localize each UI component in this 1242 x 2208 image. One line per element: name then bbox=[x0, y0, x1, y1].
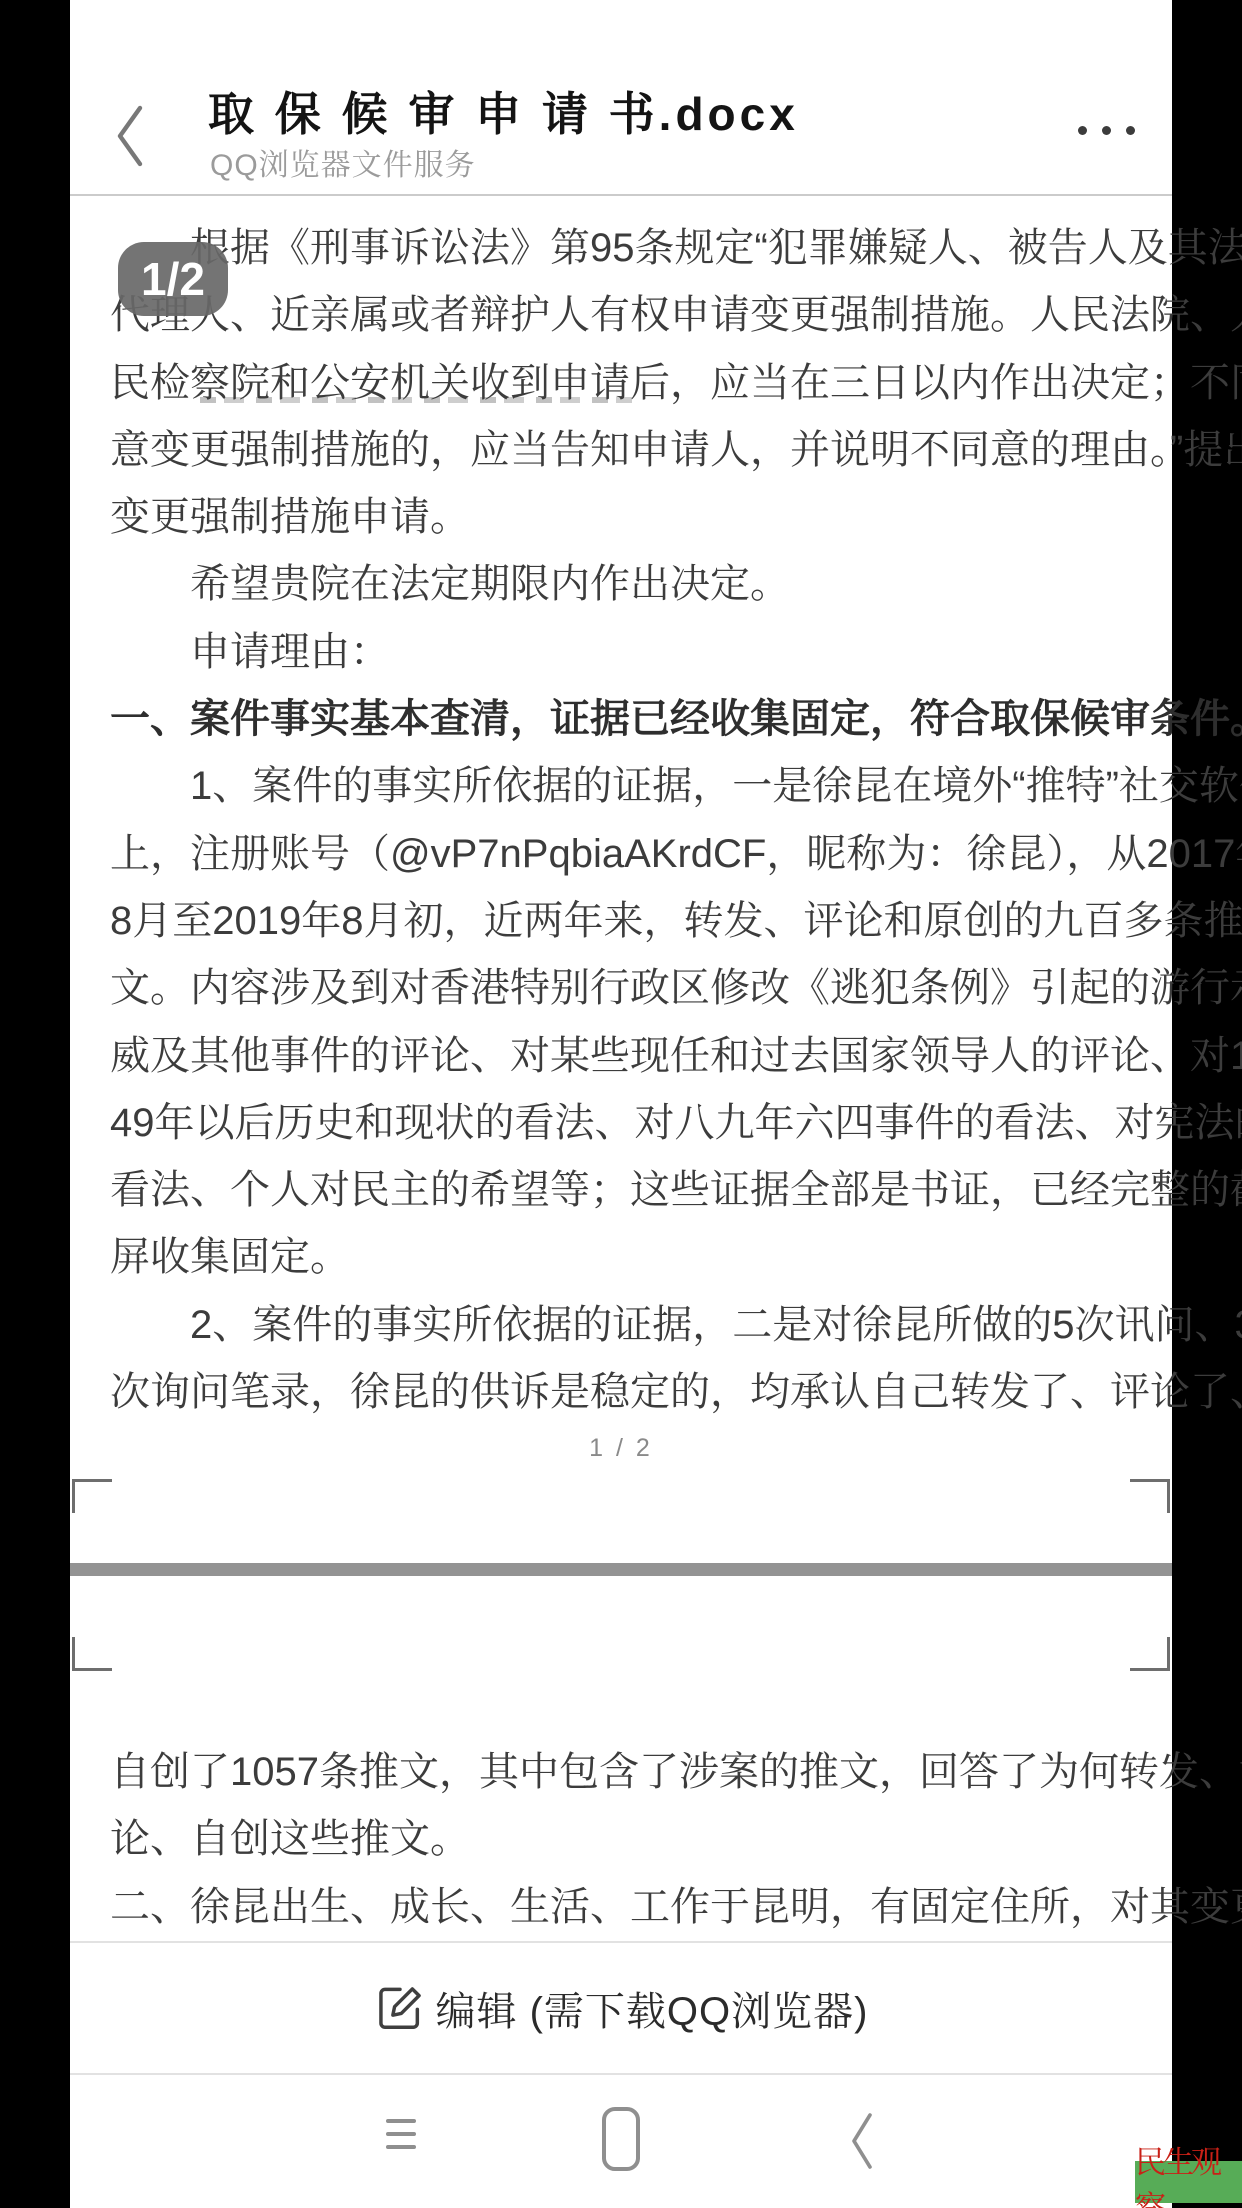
nav-home-button[interactable] bbox=[602, 2107, 640, 2171]
doc-line: 自创了1057条推文，其中包含了涉案的推文，回答了为何转发、评 bbox=[110, 1739, 1150, 1806]
doc-line: 民检察院和公安机关收到申请后，应当在三日以内作出决定；不同 bbox=[110, 350, 1150, 417]
doc-line: 屏收集固定。 bbox=[110, 1224, 1150, 1291]
recents-hamburger-icon bbox=[386, 2119, 416, 2123]
edit-pencil-square-icon bbox=[374, 1982, 426, 2034]
page2-top-left-corner-mark bbox=[72, 1637, 112, 1671]
document-page-1: 根据《刑事诉讼法》第95条规定“犯罪嫌疑人、被告人及其法定 代理人、近亲属或者辩… bbox=[110, 215, 1150, 1426]
android-nav-bar bbox=[70, 2077, 1172, 2208]
document-page-2: 自创了1057条推文，其中包含了涉案的推文，回答了为何转发、评 论、自创这些推文… bbox=[110, 1739, 1150, 1941]
doc-line: 根据《刑事诉讼法》第95条规定“犯罪嫌疑人、被告人及其法定 bbox=[110, 215, 1150, 282]
doc-line: 代理人、近亲属或者辩护人有权申请变更强制措施。人民法院、人 bbox=[110, 282, 1150, 349]
edit-toolbar-label: 编辑 (需下载QQ浏览器) bbox=[436, 1980, 869, 2037]
doc-line: 申请理由： bbox=[110, 619, 1150, 686]
chevron-left-icon bbox=[112, 102, 148, 170]
back-chevron-icon bbox=[848, 2111, 874, 2171]
nav-back-button[interactable] bbox=[848, 2111, 874, 2176]
ellipsis-more-icon bbox=[1126, 126, 1135, 135]
phone-screen: 取 保 候 审 申 请 书.docx QQ浏览器文件服务 根据《刑事诉讼法》第9… bbox=[70, 0, 1172, 2208]
doc-heading-line: 一、案件事实基本查清，证据已经收集固定，符合取保候审条件。 bbox=[110, 686, 1150, 753]
page-indicator-badge: 1/2 bbox=[118, 242, 228, 316]
edit-toolbar-button[interactable]: 编辑 (需下载QQ浏览器) bbox=[70, 1941, 1172, 2075]
document-scroll-area[interactable]: 根据《刑事诉讼法》第95条规定“犯罪嫌疑人、被告人及其法定 代理人、近亲属或者辩… bbox=[70, 198, 1172, 1940]
ellipsis-more-icon bbox=[1078, 126, 1087, 135]
ellipsis-more-icon bbox=[1102, 126, 1111, 135]
watermark-badge: 民生观察 bbox=[1135, 2161, 1242, 2203]
page-separator-bar bbox=[70, 1563, 1172, 1576]
service-subtitle: QQ浏览器文件服务 bbox=[210, 148, 476, 184]
document-title: 取 保 候 审 申 请 书.docx bbox=[208, 86, 799, 142]
doc-line: 看法、个人对民主的希望等；这些证据全部是书证，已经完整的截 bbox=[110, 1157, 1150, 1224]
doc-line: 1、案件的事实所依据的证据，一是徐昆在境外“推特”社交软件 bbox=[110, 753, 1150, 820]
more-menu-button[interactable] bbox=[1072, 120, 1141, 141]
doc-line: 希望贵院在法定期限内作出决定。 bbox=[110, 551, 1150, 618]
page1-bottom-right-corner-mark bbox=[1130, 1479, 1170, 1513]
doc-line: 二、徐昆出生、成长、生活、工作于昆明，有固定住所，对其变更 bbox=[110, 1874, 1150, 1941]
doc-line: 2、案件的事实所依据的证据，二是对徐昆所做的5次讯问、3 bbox=[110, 1292, 1150, 1359]
recents-hamburger-icon bbox=[386, 2132, 416, 2136]
doc-line: 威及其他事件的评论、对某些现任和过去国家领导人的评论、对19 bbox=[110, 1023, 1150, 1090]
doc-line: 意变更强制措施的，应当告知申请人，并说明不同意的理由。”提出 bbox=[110, 417, 1150, 484]
doc-line: 论、自创这些推文。 bbox=[110, 1806, 1150, 1873]
doc-line: 上，注册账号（@vP7nPqbiaAKrdCF，昵称为：徐昆），从2017年 bbox=[110, 821, 1150, 888]
nav-recents-button[interactable] bbox=[386, 2119, 416, 2149]
page1-bottom-left-corner-mark bbox=[72, 1479, 112, 1513]
doc-line: 49年以后历史和现状的看法、对八九年六四事件的看法、对宪法的 bbox=[110, 1090, 1150, 1157]
viewer-header: 取 保 候 审 申 请 书.docx QQ浏览器文件服务 bbox=[70, 0, 1172, 196]
page2-top-right-corner-mark bbox=[1130, 1637, 1170, 1671]
doc-line: 文。内容涉及到对香港特别行政区修改《逃犯条例》引起的游行示 bbox=[110, 955, 1150, 1022]
back-button[interactable] bbox=[112, 102, 148, 170]
doc-line: 次询问笔录，徐昆的供诉是稳定的，均承认自己转发了、评论了、 bbox=[110, 1359, 1150, 1426]
page-number-footer: 1 / 2 bbox=[70, 1434, 1172, 1463]
doc-line: 8月至2019年8月初，近两年来，转发、评论和原创的九百多条推 bbox=[110, 888, 1150, 955]
recents-hamburger-icon bbox=[386, 2145, 416, 2149]
doc-line: 变更强制措施申请。 bbox=[110, 484, 1150, 551]
